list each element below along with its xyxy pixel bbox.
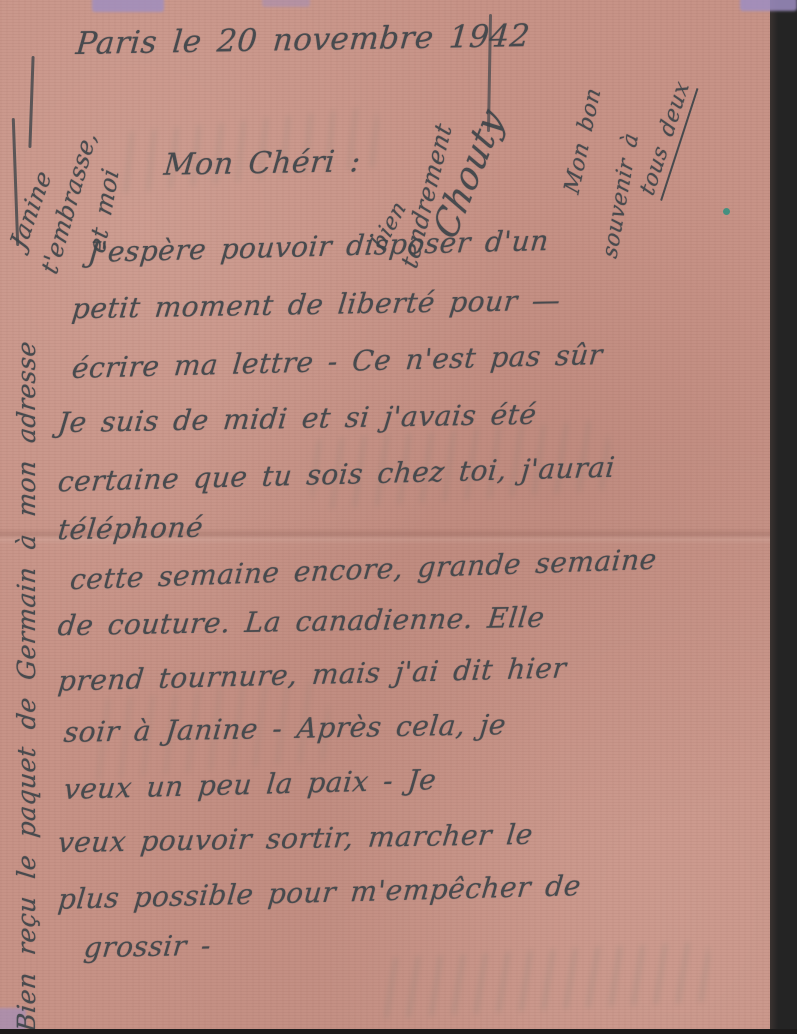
scanner-edge xyxy=(0,1029,797,1034)
body-line: écrire ma lettre - Ce n'est pas sûr xyxy=(70,338,604,385)
salutation: Mon Chéri : xyxy=(162,144,362,182)
body-line: prend tournure, mais j'ai dit hier xyxy=(56,651,567,697)
scanner-edge xyxy=(770,0,797,1034)
closing-annotation: tous deux xyxy=(635,77,698,201)
ink-dot xyxy=(723,208,730,215)
letter-scan: Paris le 20 novembre 1942 Mon Chéri : J'… xyxy=(0,0,797,1034)
body-line: de couture. La canadienne. Elle xyxy=(56,601,546,643)
tape-mark xyxy=(262,0,310,7)
dateline: Paris le 20 novembre 1942 xyxy=(74,18,531,62)
closing-annotation: souvenir à xyxy=(598,130,644,261)
body-line: veux pouvoir sortir, marcher le xyxy=(56,818,534,859)
tape-mark xyxy=(740,0,797,11)
tape-mark xyxy=(92,0,164,12)
closing-annotation: Mon bon xyxy=(560,85,606,197)
body-line: cette semaine encore, grande semaine xyxy=(69,543,658,597)
body-line: soir à Janine - Après cela, je xyxy=(62,708,508,749)
body-line: plus possible pour m'empêcher de xyxy=(56,869,582,916)
body-line: grossir - xyxy=(82,929,213,964)
body-line: J'espère pouvoir disposer d'un xyxy=(86,224,550,269)
body-line: téléphoné xyxy=(56,511,205,547)
bleed-through-smudge xyxy=(379,941,712,1018)
body-line: petit moment de liberté pour — xyxy=(70,284,562,326)
paper: Paris le 20 novembre 1942 Mon Chéri : J'… xyxy=(0,0,770,1034)
